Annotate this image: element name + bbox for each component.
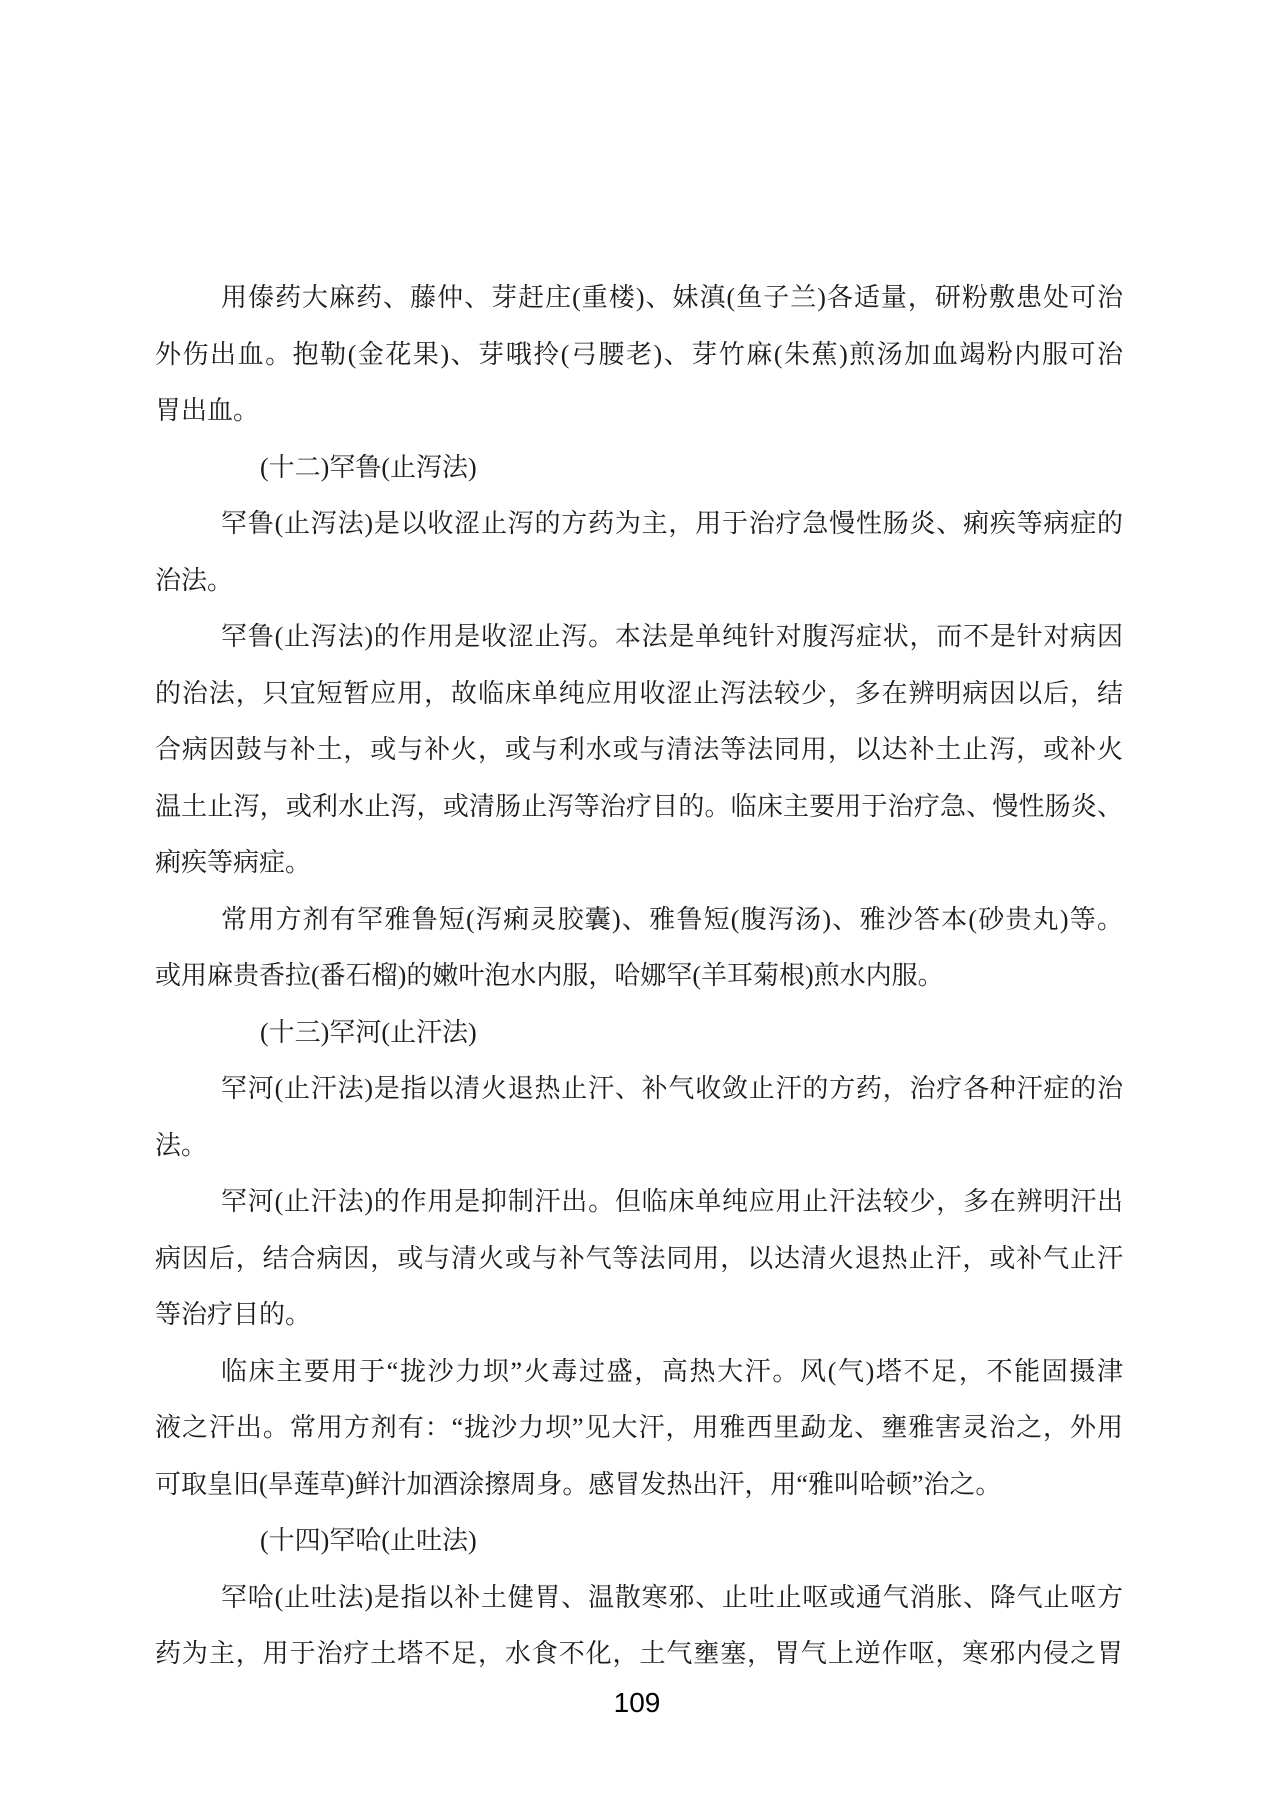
body-line: 治法。 xyxy=(155,553,1123,610)
body-line: 病因后，结合病因，或与清火或与补气等法同用，以达清火退热止汗，或补气止汗 xyxy=(155,1231,1123,1288)
body-line: 胃出血。 xyxy=(155,383,1123,440)
body-line: 罕鲁(止泻法)的作用是收涩止泻。本法是单纯针对腹泻症状，而不是针对病因 xyxy=(155,609,1123,666)
body-line: 临床主要用于“拢沙力坝”火毒过盛，高热大汗。风(气)塔不足，不能固摄津 xyxy=(155,1344,1123,1401)
document-page: 用傣药大麻药、藤仲、芽赶庄(重楼)、妹滇(鱼子兰)各适量，研粉敷患处可治 外伤出… xyxy=(0,0,1274,1801)
page-number: 109 xyxy=(0,1688,1274,1718)
body-line: 可取皇旧(旱莲草)鲜汁加酒涂擦周身。感冒发热出汗，用“雅叫哈顿”治之。 xyxy=(155,1457,1123,1514)
body-line: 等治疗目的。 xyxy=(155,1287,1123,1344)
body-line: 合病因鼓与补土，或与补火，或与利水或与清法等法同用，以达补土止泻，或补火 xyxy=(155,722,1123,779)
body-line: 温土止泻，或利水止泻，或清肠止泻等治疗目的。临床主要用于治疗急、慢性肠炎、 xyxy=(155,779,1123,836)
section-heading: (十四)罕哈(止吐法) xyxy=(155,1513,1123,1570)
section-heading: (十二)罕鲁(止泻法) xyxy=(155,440,1123,497)
body-line: 液之汗出。常用方剂有：“拢沙力坝”见大汗，用雅西里勐龙、壅雅害灵治之，外用 xyxy=(155,1400,1123,1457)
body-line: 常用方剂有罕雅鲁短(泻痢灵胶囊)、雅鲁短(腹泻汤)、雅沙答本(砂贵丸)等。 xyxy=(155,892,1123,949)
page-body-text: 用傣药大麻药、藤仲、芽赶庄(重楼)、妹滇(鱼子兰)各适量，研粉敷患处可治 外伤出… xyxy=(155,270,1123,1683)
body-line: 法。 xyxy=(155,1118,1123,1175)
body-line: 药为主，用于治疗土塔不足，水食不化，土气壅塞，胃气上逆作呕，寒邪内侵之胃 xyxy=(155,1626,1123,1683)
body-line: 或用麻贵香拉(番石榴)的嫩叶泡水内服，哈娜罕(羊耳菊根)煎水内服。 xyxy=(155,948,1123,1005)
body-line: 罕鲁(止泻法)是以收涩止泻的方药为主，用于治疗急慢性肠炎、痢疾等病症的 xyxy=(155,496,1123,553)
body-line: 外伤出血。抱勒(金花果)、芽哦拎(弓腰老)、芽竹麻(朱蕉)煎汤加血竭粉内服可治 xyxy=(155,327,1123,384)
body-line: 的治法，只宜短暂应用，故临床单纯应用收涩止泻法较少，多在辨明病因以后，结 xyxy=(155,666,1123,723)
body-line: 罕哈(止吐法)是指以补土健胃、温散寒邪、止吐止呕或通气消胀、降气止呕方 xyxy=(155,1570,1123,1627)
body-line: 用傣药大麻药、藤仲、芽赶庄(重楼)、妹滇(鱼子兰)各适量，研粉敷患处可治 xyxy=(155,270,1123,327)
section-heading: (十三)罕河(止汗法) xyxy=(155,1005,1123,1062)
body-line: 痢疾等病症。 xyxy=(155,835,1123,892)
body-line: 罕河(止汗法)是指以清火退热止汗、补气收敛止汗的方药，治疗各种汗症的治 xyxy=(155,1061,1123,1118)
body-line: 罕河(止汗法)的作用是抑制汗出。但临床单纯应用止汗法较少，多在辨明汗出 xyxy=(155,1174,1123,1231)
